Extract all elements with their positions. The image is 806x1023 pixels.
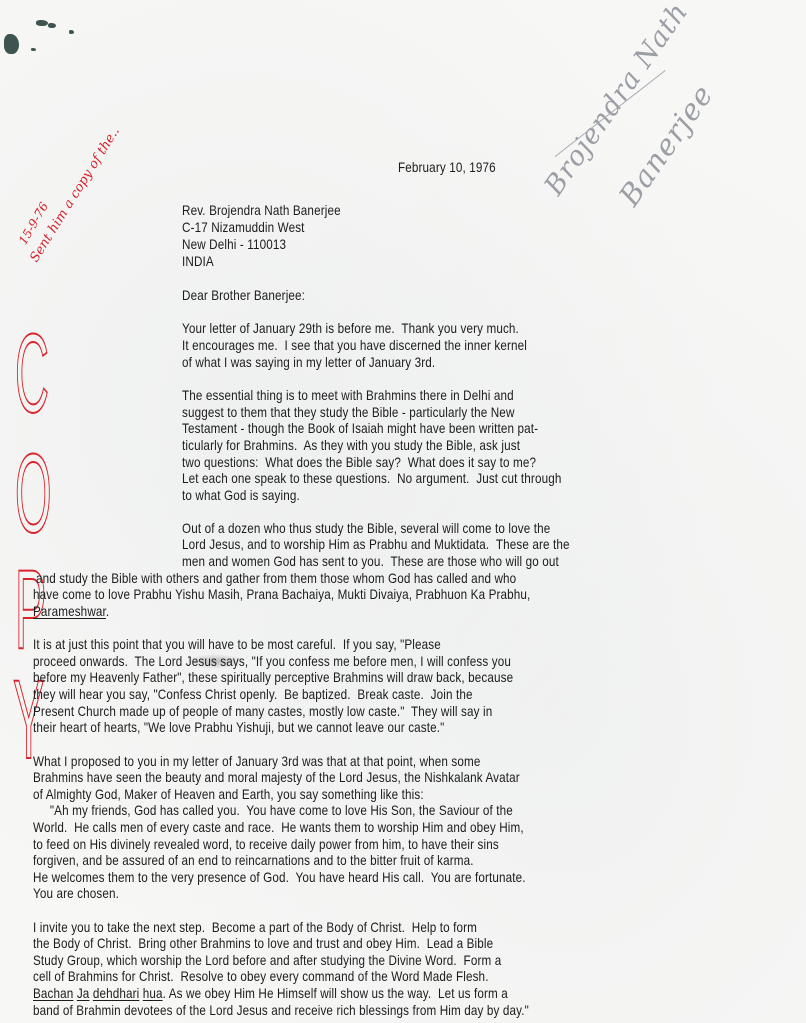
- salutation: Dear Brother Banerjee:: [182, 288, 305, 304]
- hindi-phrase-word: Ja: [77, 986, 90, 1001]
- paragraph-line: and study the Bible with others and gath…: [36, 571, 516, 587]
- ink-blot: [48, 23, 56, 28]
- paragraph-line: proceed onwards. The Lord Jesus says, "I…: [33, 654, 511, 670]
- paragraph-line: forgiven, and be assured of an end to re…: [33, 853, 474, 869]
- paragraph-line: Let each one speak to these questions. N…: [182, 471, 561, 487]
- paragraph-line: of Almighty God, Maker of Heaven and Ear…: [33, 787, 424, 803]
- paragraph-line: Present Church made up of people of many…: [33, 704, 492, 720]
- copy-stamp-c: C: [15, 318, 49, 430]
- paragraph-line: "Ah my friends, God has called you. You …: [33, 803, 513, 819]
- paragraph-line: have come to love Prabhu Yishu Masih, Pr…: [33, 587, 530, 603]
- paragraph-line: they will hear you say, "Confess Christ …: [33, 687, 473, 703]
- paragraph-line: cell of Brahmins for Christ. Resolve to …: [33, 969, 489, 985]
- paragraph-line: Out of a dozen who thus study the Bible,…: [182, 521, 550, 537]
- text-segment: proceed onwards. The Lord: [33, 654, 186, 669]
- paragraph-line: Study Group, which worship the Lord befo…: [33, 953, 501, 969]
- text-segment: , "If you confess me before men, I will …: [245, 654, 511, 669]
- paragraph-line: It encourages me. I see that you have di…: [182, 338, 527, 354]
- letter-date: February 10, 1976: [398, 160, 496, 176]
- address-line: Rev. Brojendra Nath Banerjee: [182, 203, 341, 219]
- address-line: INDIA: [182, 254, 214, 270]
- paragraph-line: Testament - though the Book of Isaiah mi…: [182, 421, 538, 437]
- red-note-text: Sent him a copy of the..: [27, 124, 123, 265]
- paragraph-line: Bachan Ja dehdhari hua. As we obey Him H…: [33, 986, 508, 1002]
- pencil-signature-line1: Brojendra Nath: [539, 0, 695, 201]
- paragraph-line: to what God is saying.: [182, 488, 300, 504]
- paragraph-line: The essential thing is to meet with Brah…: [182, 388, 514, 404]
- hindi-phrase-word: hua: [143, 986, 163, 1001]
- paragraph-line: to feed on His divinely revealed word, t…: [33, 837, 499, 853]
- paragraph-line: I invite you to take the next step. Beco…: [33, 920, 477, 936]
- paragraph-line: the Body of Christ. Bring other Brahmins…: [33, 936, 493, 952]
- ink-blot: [36, 20, 48, 26]
- paragraph-line: Lord Jesus, and to worship Him as Prabhu…: [182, 537, 570, 553]
- letter-page: Brojendra Nath Banerjee 15-9-76 Sent him…: [0, 0, 806, 1023]
- paragraph-line: What I proposed to you in my letter of J…: [33, 754, 481, 770]
- paragraph-line: Your letter of January 29th is before me…: [182, 321, 519, 337]
- paragraph-line: their heart of hearts, "We love Prabhu Y…: [33, 720, 444, 736]
- paragraph-line: ticularly for Brahmins. As they with you…: [182, 438, 520, 454]
- address-line: New Delhi - 110013: [182, 237, 286, 253]
- paragraph-line: of what I was saying in my letter of Jan…: [182, 355, 435, 371]
- paragraph-line: Parameshwar.: [33, 604, 109, 620]
- hindi-phrase-word: Bachan: [33, 986, 73, 1001]
- ink-blot: [31, 48, 36, 51]
- paragraph-line: suggest to them that they study the Bibl…: [182, 405, 515, 421]
- ink-blot: [4, 34, 19, 54]
- punctuation: .: [106, 604, 109, 619]
- smudged-text: Jesus says: [186, 654, 245, 669]
- paragraph-line: World. He calls men of every caste and r…: [33, 820, 524, 836]
- underlined-term: Parameshwar: [33, 604, 106, 619]
- hindi-phrase-word: dehdhari: [93, 986, 140, 1001]
- paragraph-line: He welcomes them to the very presence of…: [33, 870, 526, 886]
- paragraph-line: You are chosen.: [33, 886, 119, 902]
- paragraph-line: men and women God has sent to you. These…: [182, 554, 559, 570]
- paragraph-line: It is at just this point that you will h…: [33, 637, 441, 653]
- paragraph-line: band of Brahmin devotees of the Lord Jes…: [33, 1003, 529, 1019]
- paragraph-line: two questions: What does the Bible say? …: [182, 455, 536, 471]
- text-segment: . As we obey Him He Himself will show us…: [163, 986, 508, 1001]
- ink-blot: [69, 30, 74, 34]
- paragraph-line: Brahmins have seen the beauty and moral …: [33, 770, 520, 786]
- paragraph-line: before my Heavenly Father", these spirit…: [33, 670, 513, 686]
- address-line: C-17 Nizamuddin West: [182, 220, 305, 236]
- copy-stamp-o: O: [15, 438, 52, 550]
